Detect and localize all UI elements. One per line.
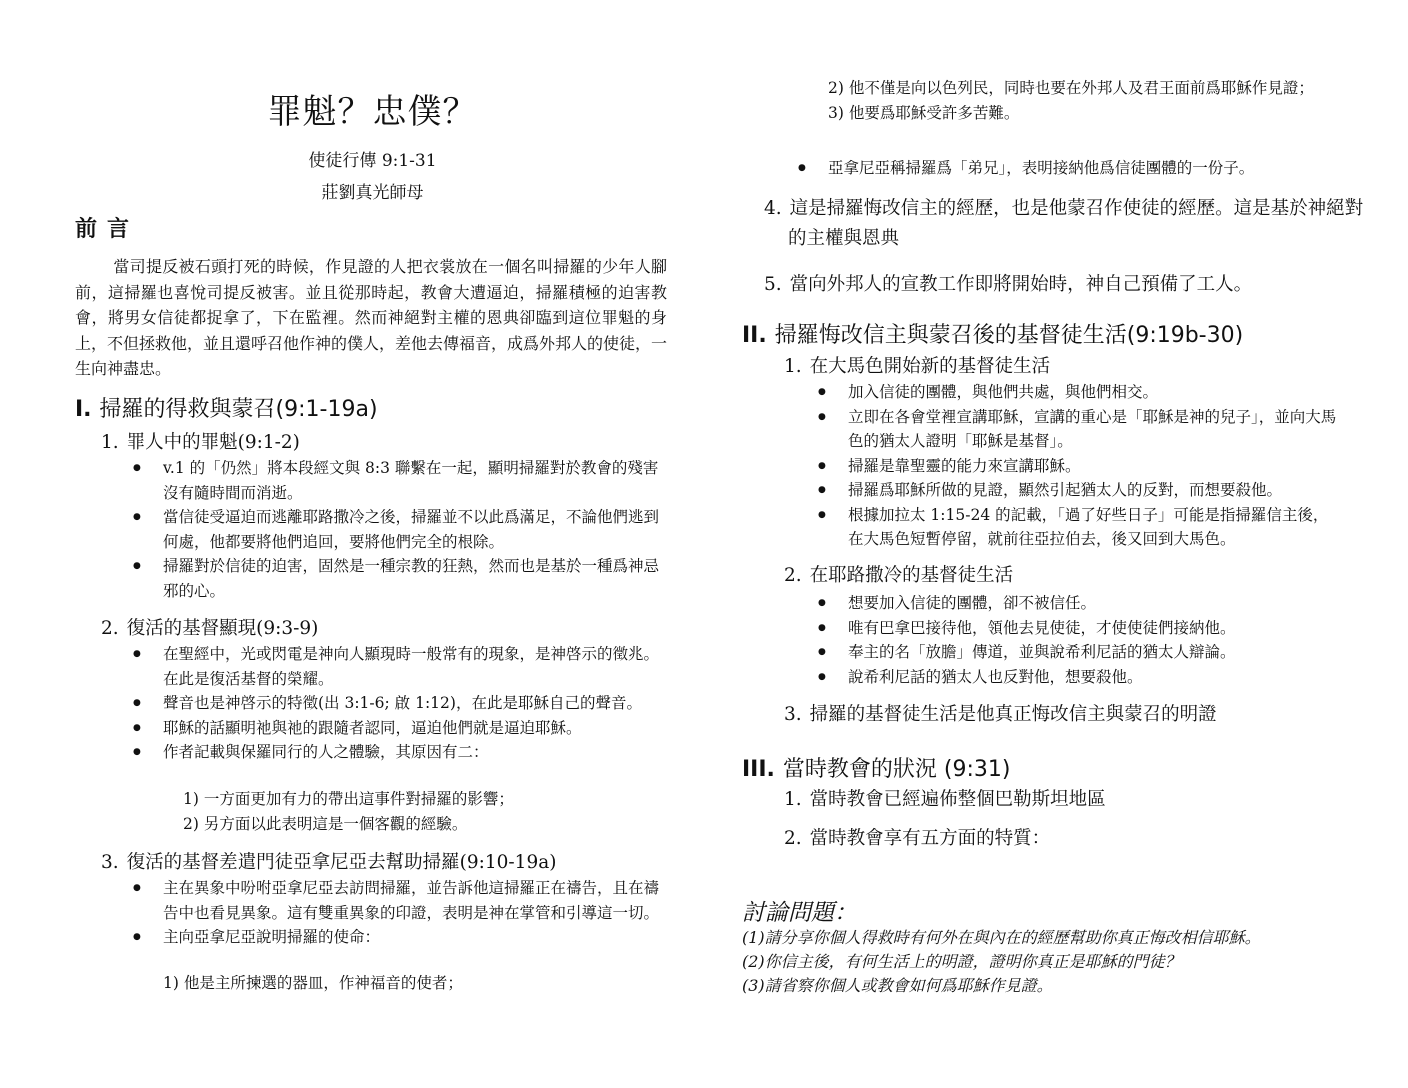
list-item: 主在異象中吩咐亞拿尼亞去訪問掃羅，並告訴他這掃羅正在禱告，且在禱告中也看見異象。… — [133, 876, 668, 925]
bullet-list: 在聖經中，光或閃電是神向人顯現時一般常有的現象，是神啓示的徵兆。在此是復活基督的… — [133, 642, 668, 765]
list-item: 立即在各會堂裡宣講耶穌，宣講的重心是「耶穌是神的兒子」，並向大馬色的猶太人證明「… — [818, 405, 1338, 454]
list-item: 耶穌的話顯明祂與祂的跟隨者認同，逼迫他們就是逼迫耶穌。 — [133, 716, 668, 741]
list-item: 在聖經中，光或閃電是神向人顯現時一般常有的現象，是神啓示的徵兆。在此是復活基督的… — [133, 642, 668, 691]
list-item: 主向亞拿尼亞說明掃羅的使命： — [133, 925, 668, 950]
bullet-list: 亞拿尼亞稱掃羅爲「弟兄」，表明接納他爲信徒團體的一份子。 — [798, 156, 1348, 181]
list-item: v.1 的「仍然」將本段經文與 8:3 聯繫在一起，顯明掃羅對於教會的殘害沒有隨… — [133, 456, 668, 505]
list-item: 唯有巴拿巴接待他，領他去見使徒，才使使徒們接納他。 — [818, 616, 1348, 641]
preface-paragraph: 當司提反被石頭打死的時候，作見證的人把衣裳放在一個名叫掃羅的少年人腳前，這掃羅也… — [75, 254, 667, 382]
bullet-list: 主在異象中吩咐亞拿尼亞去訪問掃羅，並告訴他這掃羅正在禱告，且在禱告中也看見異象。… — [133, 876, 668, 950]
point-heading-1-2: 2.復活的基督顯現(9:3-9) — [101, 614, 318, 640]
list-item: 掃羅對於信徒的迫害，固然是一種宗教的狂熱，然而也是基於一種爲神忌邪的心。 — [133, 554, 668, 603]
discussion-question: (3)請省察你個人或教會如何爲耶穌作見證。 — [742, 974, 1053, 998]
section-number: I. — [75, 397, 92, 422]
discussion-heading: 討論問題： — [742, 894, 857, 927]
point-heading-2-2: 2.在耶路撒冷的基督徒生活 — [784, 561, 1013, 587]
point-heading-3-1: 1.當時教會已經遍佈整個巴勒斯坦地區 — [784, 785, 1106, 811]
point-heading-1-3: 3.復活的基督差遣門徒亞拿尼亞去幫助掃羅(9:10-19a) — [101, 848, 556, 874]
list-item: 掃羅是靠聖靈的能力來宣講耶穌。 — [818, 454, 1338, 479]
section-title: 掃羅的得救與蒙召(9:1-19a) — [100, 397, 378, 422]
list-item: 當信徒受逼迫而逃離耶路撒冷之後，掃羅並不以此爲滿足，不論他們逃到何處，他都要將他… — [133, 505, 668, 554]
point-heading-2-1: 1.在大馬色開始新的基督徒生活 — [784, 352, 1050, 378]
section-heading-2: II.掃羅悔改信主與蒙召後的基督徒生活(9:19b-30) — [742, 318, 1243, 349]
point-heading-1-1: 1.罪人中的罪魁(9:1-2) — [101, 428, 300, 454]
sub-item: 2) 另方面以此表明這是一個客觀的經驗。 — [183, 812, 678, 837]
preface-heading: 前言 — [75, 212, 139, 243]
sub-list: 1) 一方面更加有力的帶出這事件對掃羅的影響； 2) 另方面以此表明這是一個客觀… — [173, 787, 678, 836]
scripture-reference: 使徒行傳 9:1-31 — [75, 146, 670, 171]
point-heading-1-4: 4.這是掃羅悔改信主的經歷，也是他蒙召作使徒的經歷。這是基於神絕對的主權與恩典 — [764, 194, 1368, 254]
bullet-list: v.1 的「仍然」將本段經文與 8:3 聯繫在一起，顯明掃羅對於教會的殘害沒有隨… — [133, 456, 668, 603]
bullet-list: 想要加入信徒的團體，卻不被信任。 唯有巴拿巴接待他，領他去見使徒，才使使徒們接納… — [818, 591, 1348, 689]
page-title: 罪魁？忠僕？ — [75, 84, 670, 133]
sub-item: 1) 他是主所揀選的器皿，作神福音的使者； — [163, 971, 668, 996]
list-item: 根據加拉太 1:15-24 的記載，「過了好些日子」可能是指掃羅信主後，在大馬色… — [818, 503, 1338, 552]
list-item: 加入信徒的團體，與他們共處，與他們相交。 — [818, 380, 1338, 405]
list-item: 說希利尼話的猶太人也反對他，想要殺他。 — [818, 665, 1348, 690]
list-item: 掃羅爲耶穌所做的見證，顯然引起猶太人的反對，而想要殺他。 — [818, 478, 1338, 503]
point-heading-2-3: 3.掃羅的基督徒生活是他真正悔改信主與蒙召的明證 — [784, 700, 1217, 726]
list-item: 亞拿尼亞稱掃羅爲「弟兄」，表明接納他爲信徒團體的一份子。 — [798, 156, 1348, 181]
sub-list: 2) 他不僅是向以色列民，同時也要在外邦人及君王面前爲耶穌作見證； 3) 他要爲… — [828, 76, 1357, 125]
list-item: 奉主的名「放膽」傳道，並與說希利尼話的猶太人辯論。 — [818, 640, 1348, 665]
sub-list: 1) 他是主所揀選的器皿，作神福音的使者； — [163, 971, 668, 996]
point-heading-3-2: 2.當時教會享有五方面的特質： — [784, 824, 1050, 850]
bullet-list: 加入信徒的團體，與他們共處，與他們相交。 立即在各會堂裡宣講耶穌，宣講的重心是「… — [818, 380, 1338, 552]
author: 莊劉真光師母 — [75, 178, 670, 203]
sub-item: 3) 他要爲耶穌受許多苦難。 — [847, 101, 1357, 126]
list-item: 聲音也是神啓示的特徵(出 3:1-6; 啟 1:12)，在此是耶穌自己的聲音。 — [133, 691, 668, 716]
section-heading-3: III.當時教會的狀況 (9:31) — [742, 752, 1011, 783]
sub-item: 2) 他不僅是向以色列民，同時也要在外邦人及君王面前爲耶穌作見證； — [847, 76, 1357, 101]
discussion-question: (1)請分享你個人得救時有何外在與內在的經歷幫助你真正悔改相信耶穌。 — [742, 926, 1261, 950]
discussion-question: (2)你信主後，有何生活上的明證，證明你真正是耶穌的門徒？ — [742, 950, 1181, 974]
list-item: 想要加入信徒的團體，卻不被信任。 — [818, 591, 1348, 616]
sub-item: 1) 一方面更加有力的帶出這事件對掃羅的影響； — [183, 787, 678, 812]
list-item: 作者記載與保羅同行的人之體驗，其原因有二： — [133, 740, 668, 765]
point-heading-1-5: 5.當向外邦人的宣教工作即將開始時，神自己預備了工人。 — [764, 270, 1252, 296]
section-heading-1: I.掃羅的得救與蒙召(9:1-19a) — [75, 392, 378, 423]
